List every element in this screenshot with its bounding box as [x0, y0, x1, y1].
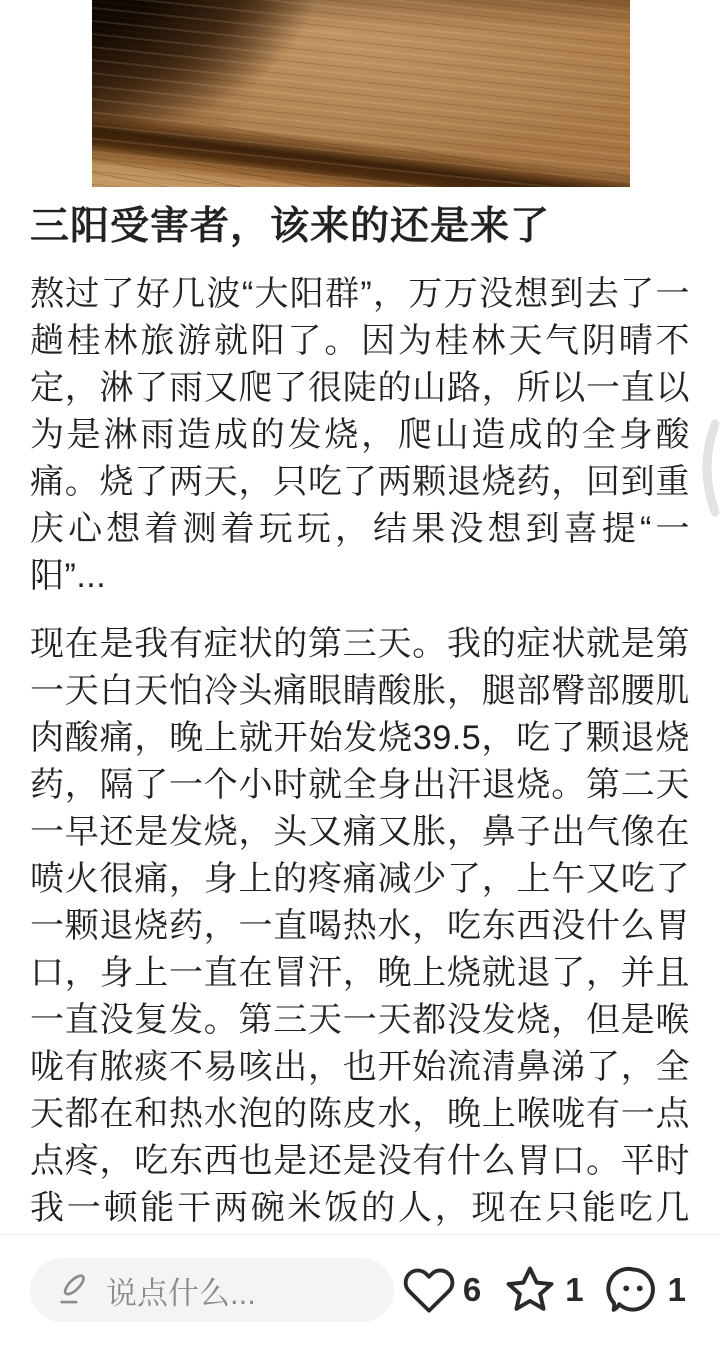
post-title-text: 三阳受害者，该来的还是来了 [30, 205, 550, 248]
comment-input[interactable]: 说点什么... [30, 1258, 394, 1322]
post-content: 三阳受害者，该来的还是来了 熬过了好几波“大阳群”，万万没想到去了一趟桂林旅游就… [0, 187, 720, 1326]
pen-icon [55, 1271, 93, 1309]
post-paragraph-2: 现在是我有症状的第三天。我的症状就是第一天白天怕冷头痛眼睛酸胀，腿部臀部腰肌肉酸… [30, 621, 690, 1326]
collect-count: 1 [565, 1271, 583, 1309]
collect-button[interactable]: 1 [502, 1262, 583, 1318]
bottom-action-bar: 说点什么... 6 1 [0, 1234, 720, 1349]
comment-bubble-icon [605, 1262, 661, 1318]
heart-icon [402, 1263, 456, 1317]
comment-placeholder: 说点什么... [106, 1268, 256, 1313]
post-title: 三阳受害者，该来的还是来了 [30, 203, 690, 250]
photo-grain-overlay [92, 0, 630, 187]
comment-count: 1 [668, 1271, 686, 1309]
like-button[interactable]: 6 [402, 1263, 481, 1317]
like-count: 6 [463, 1271, 481, 1309]
star-icon [502, 1262, 558, 1318]
comment-button[interactable]: 1 [605, 1262, 686, 1318]
action-buttons: 6 1 1 [402, 1262, 686, 1318]
post-photo[interactable] [92, 0, 630, 187]
post-paragraph-1: 熬过了好几波“大阳群”，万万没想到去了一趟桂林旅游就阳了。因为桂林天气阴晴不定，… [30, 271, 690, 600]
